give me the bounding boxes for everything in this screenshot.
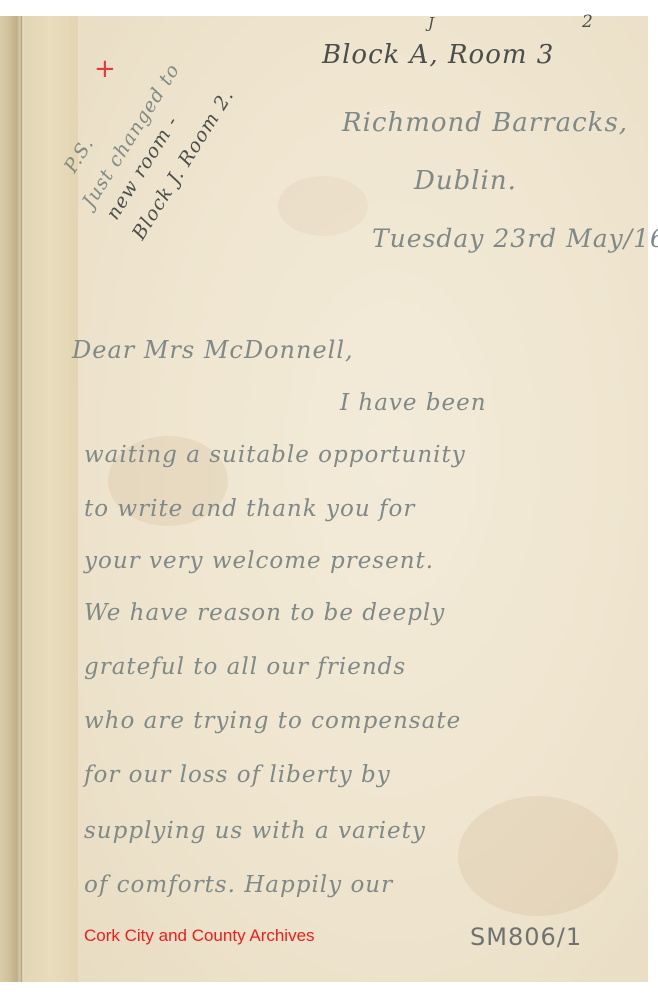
body-line: your very welcome present.: [84, 548, 434, 574]
archive-watermark: Cork City and County Archives: [84, 926, 315, 946]
body-line: supplying us with a variety: [84, 818, 426, 844]
address-room-correction: 2: [582, 12, 594, 32]
address-line-2: Richmond Barracks,: [342, 108, 628, 138]
paper-stain: [458, 796, 618, 916]
body-line: to write and thank you for: [84, 496, 415, 522]
body-line: We have reason to be deeply: [84, 600, 445, 626]
letter-date: Tuesday 23rd May/16: [372, 224, 658, 253]
body-line: waiting a suitable opportunity: [84, 442, 466, 468]
red-cross-mark: +: [94, 56, 116, 82]
address-line-3: Dublin.: [414, 166, 517, 196]
body-line: grateful to all our friends: [84, 654, 406, 680]
address-block-correction: J: [428, 14, 435, 32]
body-line: for our loss of liberty by: [84, 762, 391, 788]
salutation: Dear Mrs McDonnell,: [72, 336, 354, 364]
paper-stain: [278, 176, 368, 236]
body-line: of comforts. Happily our: [84, 872, 393, 898]
body-line: who are trying to compensate: [84, 708, 461, 734]
binding-spine: [0, 16, 24, 982]
address-line-1: Block A, Room 3: [322, 40, 554, 70]
archive-reference-number: SM806/1: [470, 923, 582, 951]
body-line: I have been: [340, 390, 487, 416]
